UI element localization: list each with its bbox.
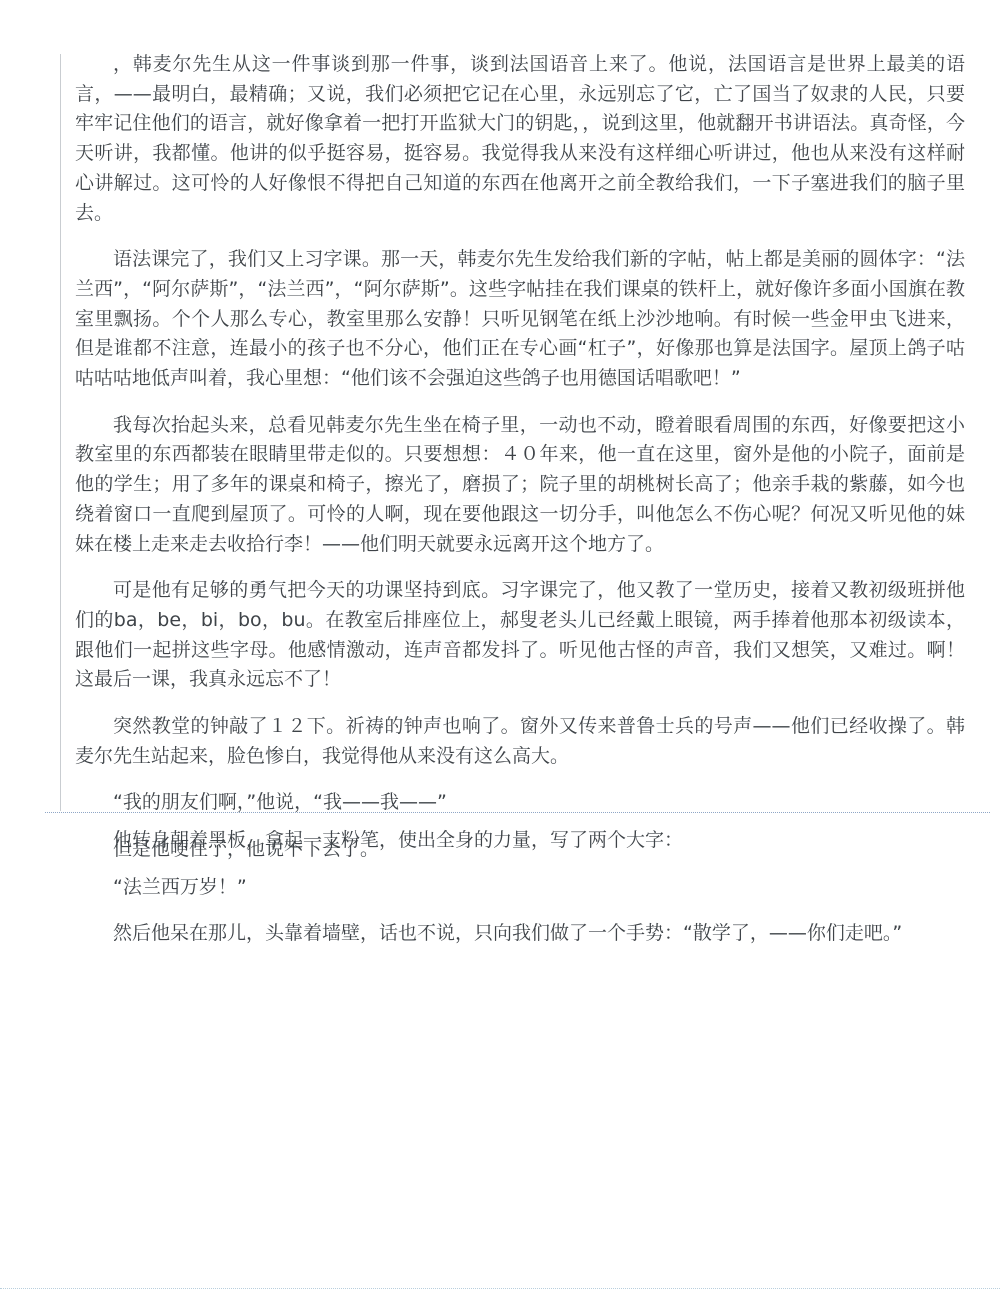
paragraph: 可是他有足够的勇气把今天的功课坚持到底。习字课完了，他又教了一堂历史，接着又教初… <box>75 576 965 695</box>
document-body-section-1: ，韩麦尔先生从这一件事谈到那一件事，谈到法国语音上来了。他说，法国语言是世界上最… <box>75 50 965 882</box>
paragraph: “我的朋友们啊，”他说，“我——我——” <box>75 788 965 818</box>
paragraph: “法兰西万岁！” <box>75 873 965 903</box>
paragraph: ，韩麦尔先生从这一件事谈到那一件事，谈到法国语音上来了。他说，法国语言是世界上最… <box>75 50 965 228</box>
document-body-section-2: 他转身朝着黑板，拿起一支粉笔，使出全身的力量，写了两个大字： “法兰西万岁！” … <box>75 826 965 966</box>
paragraph: 语法课完了，我们又上习字课。那一天，韩麦尔先生发给我们新的字帖，帖上都是美丽的圆… <box>75 245 965 394</box>
paragraph: 突然教堂的钟敲了１２下。祈祷的钟声也响了。窗外又传来普鲁士兵的号声——他们已经收… <box>75 712 965 771</box>
left-margin-rule <box>60 54 61 811</box>
bottom-dotted-rule <box>0 1288 1000 1289</box>
paragraph: 然后他呆在那儿，头靠着墙壁，话也不说，只向我们做了一个手势：“散学了，——你们走… <box>75 919 965 949</box>
dotted-section-separator <box>45 812 990 813</box>
paragraph: 我每次抬起头来，总看见韩麦尔先生坐在椅子里，一动也不动，瞪着眼看周围的东西，好像… <box>75 411 965 560</box>
document-page: ，韩麦尔先生从这一件事谈到那一件事，谈到法国语音上来了。他说，法国语言是世界上最… <box>0 0 1000 1291</box>
paragraph: 他转身朝着黑板，拿起一支粉笔，使出全身的力量，写了两个大字： <box>75 826 965 856</box>
